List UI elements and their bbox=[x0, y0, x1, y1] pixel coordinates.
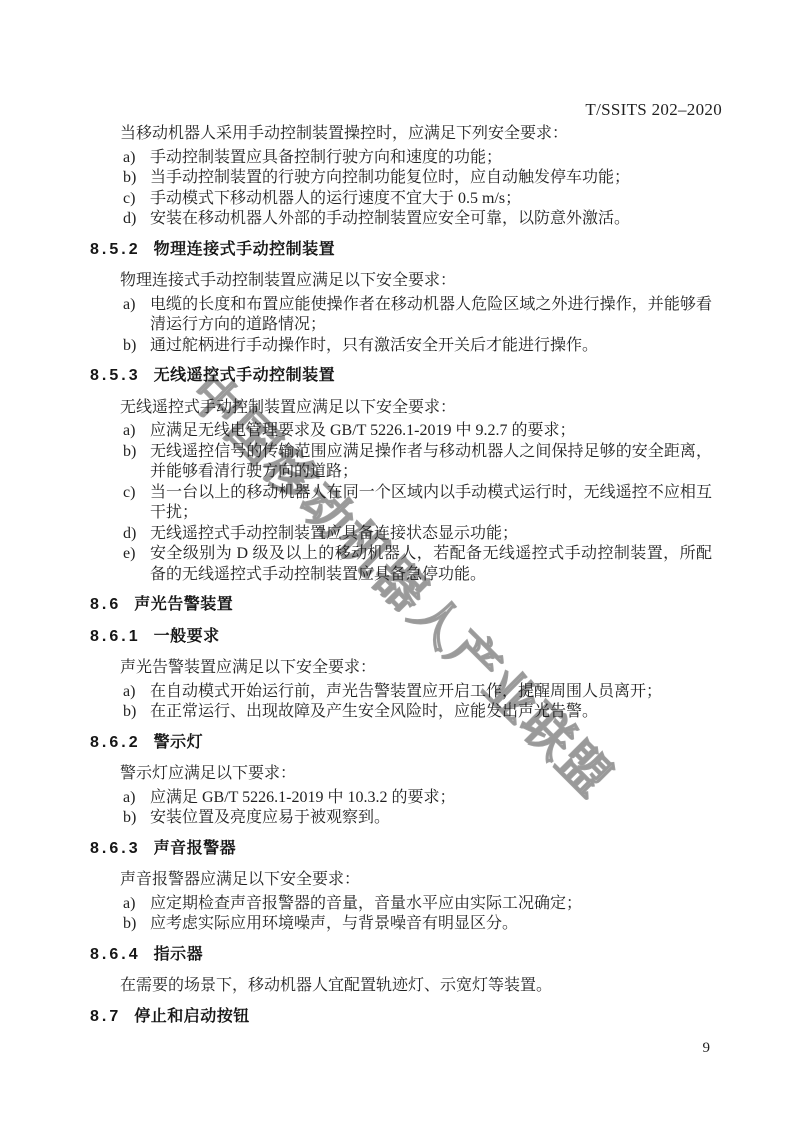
list-item: e) 安全级别为 D 级及以上的移动机器人，若配备无线遥控式手动控制装置，所配备… bbox=[90, 544, 712, 585]
list-item-label: a) bbox=[123, 682, 135, 703]
section-heading-8-6-4: 8.6.4指示器 bbox=[90, 945, 712, 966]
list-8-5-3: a) 应满足无线电管理要求及 GB/T 5226.1-2019 中 9.2.7 … bbox=[90, 421, 712, 585]
list-item-label: d) bbox=[123, 524, 136, 545]
paragraph-8-6-4: 在需要的场景下，移动机器人宜配置轨迹灯、示宽灯等装置。 bbox=[90, 976, 712, 997]
list-8-6-3: a) 应定期检查声音报警器的音量，音量水平应由实际工况确定； b) 应考虑实际应… bbox=[90, 894, 712, 935]
paragraph-8-5-2-intro: 物理连接式手动控制装置应满足以下安全要求： bbox=[90, 271, 712, 292]
list-item-label: a) bbox=[123, 788, 135, 809]
section-number: 8.6.3 bbox=[90, 840, 141, 857]
list-item: a) 应满足无线电管理要求及 GB/T 5226.1-2019 中 9.2.7 … bbox=[90, 421, 712, 442]
section-heading-8-6-3: 8.6.3声音报警器 bbox=[90, 839, 712, 860]
list-item-text: 手动控制装置应具备控制行驶方向和速度的功能； bbox=[150, 149, 502, 166]
list-item-text: 安全级别为 D 级及以上的移动机器人，若配备无线遥控式手动控制装置，所配备的无线… bbox=[150, 545, 712, 583]
list-item-text: 无线遥控式手动控制装置应具备连接状态显示功能； bbox=[150, 525, 518, 542]
list-item-text: 通过舵柄进行手动操作时，只有激活安全开关后才能进行操作。 bbox=[150, 337, 598, 354]
section-title: 声光告警装置 bbox=[134, 596, 233, 613]
list-item: a) 应定期检查声音报警器的音量，音量水平应由实际工况确定； bbox=[90, 894, 712, 915]
list-item-text: 当一台以上的移动机器人在同一个区域内以手动模式运行时，无线遥控不应相互干扰； bbox=[150, 484, 712, 522]
list-item-text: 无线遥控信号的传输范围应满足操作者与移动机器人之间保持足够的安全距离，并能够看清… bbox=[150, 443, 712, 481]
list-item: a) 手动控制装置应具备控制行驶方向和速度的功能； bbox=[90, 148, 712, 169]
list-item: b) 应考虑实际应用环境噪声，与背景噪音有明显区分。 bbox=[90, 914, 712, 935]
page-content: 当移动机器人采用手动控制装置操控时，应满足下列安全要求： a) 手动控制装置应具… bbox=[90, 124, 712, 1038]
list-item: b) 当手动控制装置的行驶方向控制功能复位时，应自动触发停车功能； bbox=[90, 168, 712, 189]
list-item: d) 无线遥控式手动控制装置应具备连接状态显示功能； bbox=[90, 524, 712, 545]
list-item-label: b) bbox=[123, 168, 136, 189]
section-title: 无线遥控式手动控制装置 bbox=[154, 367, 336, 384]
list-8-6-2: a) 应满足 GB/T 5226.1-2019 中 10.3.2 的要求； b)… bbox=[90, 788, 712, 829]
list-item-label: d) bbox=[123, 209, 136, 230]
paragraph-8-5-3-intro: 无线遥控式手动控制装置应满足以下安全要求： bbox=[90, 398, 712, 419]
list-item: c) 手动模式下移动机器人的运行速度不宜大于 0.5 m/s； bbox=[90, 189, 712, 210]
section-title: 声音报警器 bbox=[154, 840, 237, 857]
list-item-label: a) bbox=[123, 148, 135, 169]
list-item-label: a) bbox=[123, 894, 135, 915]
list-item-label: a) bbox=[123, 421, 135, 442]
paragraph-lead-intro: 当移动机器人采用手动控制装置操控时，应满足下列安全要求： bbox=[90, 124, 712, 145]
standard-code-header: T/SSITS 202–2020 bbox=[585, 100, 722, 120]
section-title: 警示灯 bbox=[154, 734, 204, 751]
section-title: 指示器 bbox=[154, 946, 204, 963]
section-title: 一般要求 bbox=[154, 628, 220, 645]
list-item-text: 应定期检查声音报警器的音量，音量水平应由实际工况确定； bbox=[150, 895, 582, 912]
list-8-6-1: a) 在自动模式开始运行前，声光告警装置应开启工作，提醒周围人员离开； b) 在… bbox=[90, 682, 712, 723]
list-item-label: b) bbox=[123, 914, 136, 935]
list-item-text: 当手动控制装置的行驶方向控制功能复位时，应自动触发停车功能； bbox=[150, 169, 630, 186]
list-item-text: 应考虑实际应用环境噪声，与背景噪音有明显区分。 bbox=[150, 915, 518, 932]
list-item-label: c) bbox=[123, 483, 135, 504]
document-page: 中国移动机器人产业联盟 T/SSITS 202–2020 当移动机器人采用手动控… bbox=[0, 0, 800, 1132]
list-item-text: 安装在移动机器人外部的手动控制装置应安全可靠，以防意外激活。 bbox=[150, 210, 630, 227]
list-item-label: b) bbox=[123, 808, 136, 829]
list-item-text: 手动模式下移动机器人的运行速度不宜大于 0.5 m/s； bbox=[150, 190, 521, 207]
section-number: 8.6 bbox=[90, 596, 121, 613]
list-item-label: c) bbox=[123, 189, 135, 210]
list-8-5-2: a) 电缆的长度和布置应能使操作者在移动机器人危险区域之外进行操作，并能够看清运… bbox=[90, 295, 712, 357]
list-item: a) 在自动模式开始运行前，声光告警装置应开启工作，提醒周围人员离开； bbox=[90, 682, 712, 703]
section-number: 8.6.2 bbox=[90, 734, 141, 751]
list-lead: a) 手动控制装置应具备控制行驶方向和速度的功能； b) 当手动控制装置的行驶方… bbox=[90, 148, 712, 230]
list-item-text: 应满足无线电管理要求及 GB/T 5226.1-2019 中 9.2.7 的要求… bbox=[150, 422, 576, 439]
list-item-label: e) bbox=[123, 544, 135, 565]
section-number: 8.6.4 bbox=[90, 946, 141, 963]
list-item-text: 在自动模式开始运行前，声光告警装置应开启工作，提醒周围人员离开； bbox=[150, 683, 662, 700]
section-heading-8-5-2: 8.5.2物理连接式手动控制装置 bbox=[90, 240, 712, 261]
paragraph-8-6-2-intro: 警示灯应满足以下要求： bbox=[90, 764, 712, 785]
list-item-label: b) bbox=[123, 702, 136, 723]
paragraph-8-6-3-intro: 声音报警器应满足以下安全要求： bbox=[90, 870, 712, 891]
list-item: b) 无线遥控信号的传输范围应满足操作者与移动机器人之间保持足够的安全距离，并能… bbox=[90, 442, 712, 483]
section-heading-8-6: 8.6声光告警装置 bbox=[90, 595, 712, 616]
section-heading-8-5-3: 8.5.3无线遥控式手动控制装置 bbox=[90, 366, 712, 387]
section-number: 8.5.3 bbox=[90, 367, 141, 384]
list-item: a) 电缆的长度和布置应能使操作者在移动机器人危险区域之外进行操作，并能够看清运… bbox=[90, 295, 712, 336]
section-title: 停止和启动按钮 bbox=[134, 1008, 250, 1025]
section-heading-8-6-1: 8.6.1一般要求 bbox=[90, 627, 712, 648]
section-number: 8.7 bbox=[90, 1008, 121, 1025]
list-item: b) 安装位置及亮度应易于被观察到。 bbox=[90, 808, 712, 829]
page-number: 9 bbox=[703, 1040, 711, 1057]
section-number: 8.6.1 bbox=[90, 628, 141, 645]
list-item: d) 安装在移动机器人外部的手动控制装置应安全可靠，以防意外激活。 bbox=[90, 209, 712, 230]
section-heading-8-7: 8.7停止和启动按钮 bbox=[90, 1007, 712, 1028]
section-heading-8-6-2: 8.6.2警示灯 bbox=[90, 733, 712, 754]
list-item: a) 应满足 GB/T 5226.1-2019 中 10.3.2 的要求； bbox=[90, 788, 712, 809]
section-title: 物理连接式手动控制装置 bbox=[154, 241, 336, 258]
list-item-label: a) bbox=[123, 295, 135, 316]
list-item-label: b) bbox=[123, 336, 136, 357]
list-item: b) 通过舵柄进行手动操作时，只有激活安全开关后才能进行操作。 bbox=[90, 336, 712, 357]
list-item: b) 在正常运行、出现故障及产生安全风险时，应能发出声光告警。 bbox=[90, 702, 712, 723]
list-item-text: 安装位置及亮度应易于被观察到。 bbox=[150, 809, 390, 826]
list-item: c) 当一台以上的移动机器人在同一个区域内以手动模式运行时，无线遥控不应相互干扰… bbox=[90, 483, 712, 524]
list-item-text: 在正常运行、出现故障及产生安全风险时，应能发出声光告警。 bbox=[150, 703, 598, 720]
list-item-text: 电缆的长度和布置应能使操作者在移动机器人危险区域之外进行操作，并能够看清运行方向… bbox=[150, 296, 712, 334]
list-item-label: b) bbox=[123, 442, 136, 463]
paragraph-8-6-1-intro: 声光告警装置应满足以下安全要求： bbox=[90, 658, 712, 679]
list-item-text: 应满足 GB/T 5226.1-2019 中 10.3.2 的要求； bbox=[150, 789, 456, 806]
section-number: 8.5.2 bbox=[90, 241, 141, 258]
